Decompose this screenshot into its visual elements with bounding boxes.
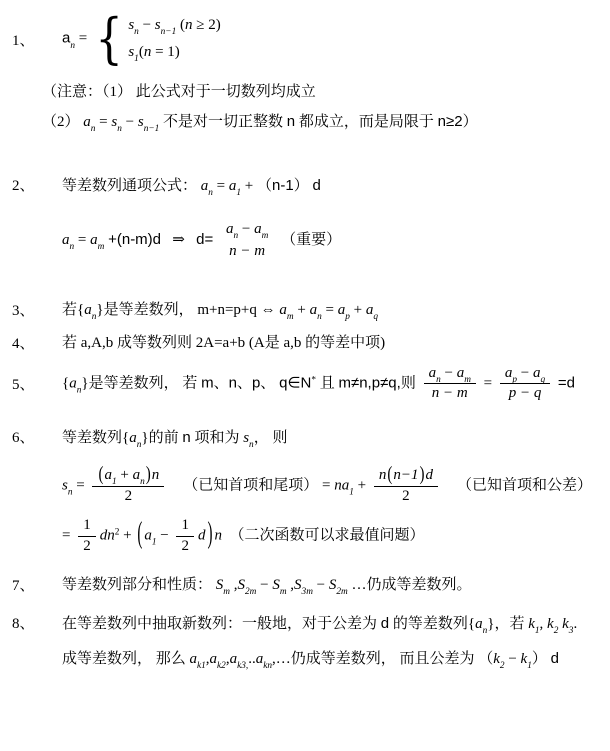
item-7-number: 7、 (12, 574, 62, 595)
common-difference-formula: an = am +(n-m)d ⇒ d= an − amn − m （重要） (62, 220, 604, 261)
list-item-1: 1、 an = {sn − sn−1 (n ≥ 2)s1(n = 1) （注意：… (12, 14, 604, 134)
list-item-5: 5、 {an}是等差数列， 若 m、n、p、 q∈N* 且 m≠n,p≠q,则 … (12, 364, 604, 404)
note-line-1: （注意：（1） 此公式对于一切数列均成立 (42, 81, 604, 104)
piecewise-an-formula: an = {sn − sn−1 (n ≥ 2)s1(n = 1) (62, 14, 604, 65)
list-item-3: 3、 若{an}是等差数列， m+n=p+q ⇔ am + an = ap + … (12, 299, 604, 322)
index-sum-property: 若{an}是等差数列， m+n=p+q ⇔ am + an = ap + aq (62, 299, 604, 322)
item-8-number: 8、 (12, 612, 62, 633)
note-line-2: （2） an = sn − sn−1 不是对一切正整数 n 都成立，而是局限于 … (42, 110, 604, 134)
item-2-number: 2、 (12, 174, 62, 195)
quadratic-form-line: = 12dn2 + (a1 − 12d)n （二次函数可以求最值问题） (62, 516, 604, 556)
document-page: 1、 an = {sn − sn−1 (n ≥ 2)s1(n = 1) （注意：… (0, 0, 610, 671)
subsequence-property-line-1: 在等差数列中抽取新数列：一般地，对于公差为 d 的等差数列{an}，若 k1, … (62, 612, 604, 636)
block-sum-property: 等差数列部分和性质： Sm ,S2m − Sm ,S3m − S2m …仍成等差… (62, 574, 604, 597)
item-5-number: 5、 (12, 373, 62, 394)
subsequence-property-line-2: 成等差数列， 那么 ak1,ak2,ak3,..akn,…仍成等差数列， 而且公… (62, 647, 604, 671)
item-3-number: 3、 (12, 299, 62, 320)
slope-property-formula: {an}是等差数列， 若 m、n、p、 q∈N* 且 m≠n,p≠q,则 an … (62, 364, 604, 404)
list-item-8: 8、 在等差数列中抽取新数列：一般地，对于公差为 d 的等差数列{an}，若 k… (12, 612, 604, 671)
list-item-2: 2、 等差数列通项公式： an = a1 + （n-1） d an = am +… (12, 174, 604, 261)
sum-formula-line: sn = (a1 + an)n2 （已知首项和尾项） = na1 + n(n−1… (62, 466, 604, 506)
general-term-formula: 等差数列通项公式： an = a1 + （n-1） d (62, 174, 604, 198)
partial-sum-intro: 等差数列{an}的前 n 项和为 sn， 则 (62, 426, 604, 450)
list-item-7: 7、 等差数列部分和性质： Sm ,S2m − Sm ,S3m − S2m …仍… (12, 574, 604, 597)
list-item-4: 4、 若 a,A,b 成等数列则 2A=a+b (A是 a,b 的等差中项) (12, 332, 604, 355)
list-item-6: 6、 等差数列{an}的前 n 项和为 sn， 则 sn = (a1 + an)… (12, 426, 604, 556)
item-1-number: 1、 (12, 29, 62, 50)
arithmetic-mean-property: 若 a,A,b 成等数列则 2A=a+b (A是 a,b 的等差中项) (62, 332, 604, 355)
item-4-number: 4、 (12, 332, 62, 353)
item-6-number: 6、 (12, 426, 62, 447)
